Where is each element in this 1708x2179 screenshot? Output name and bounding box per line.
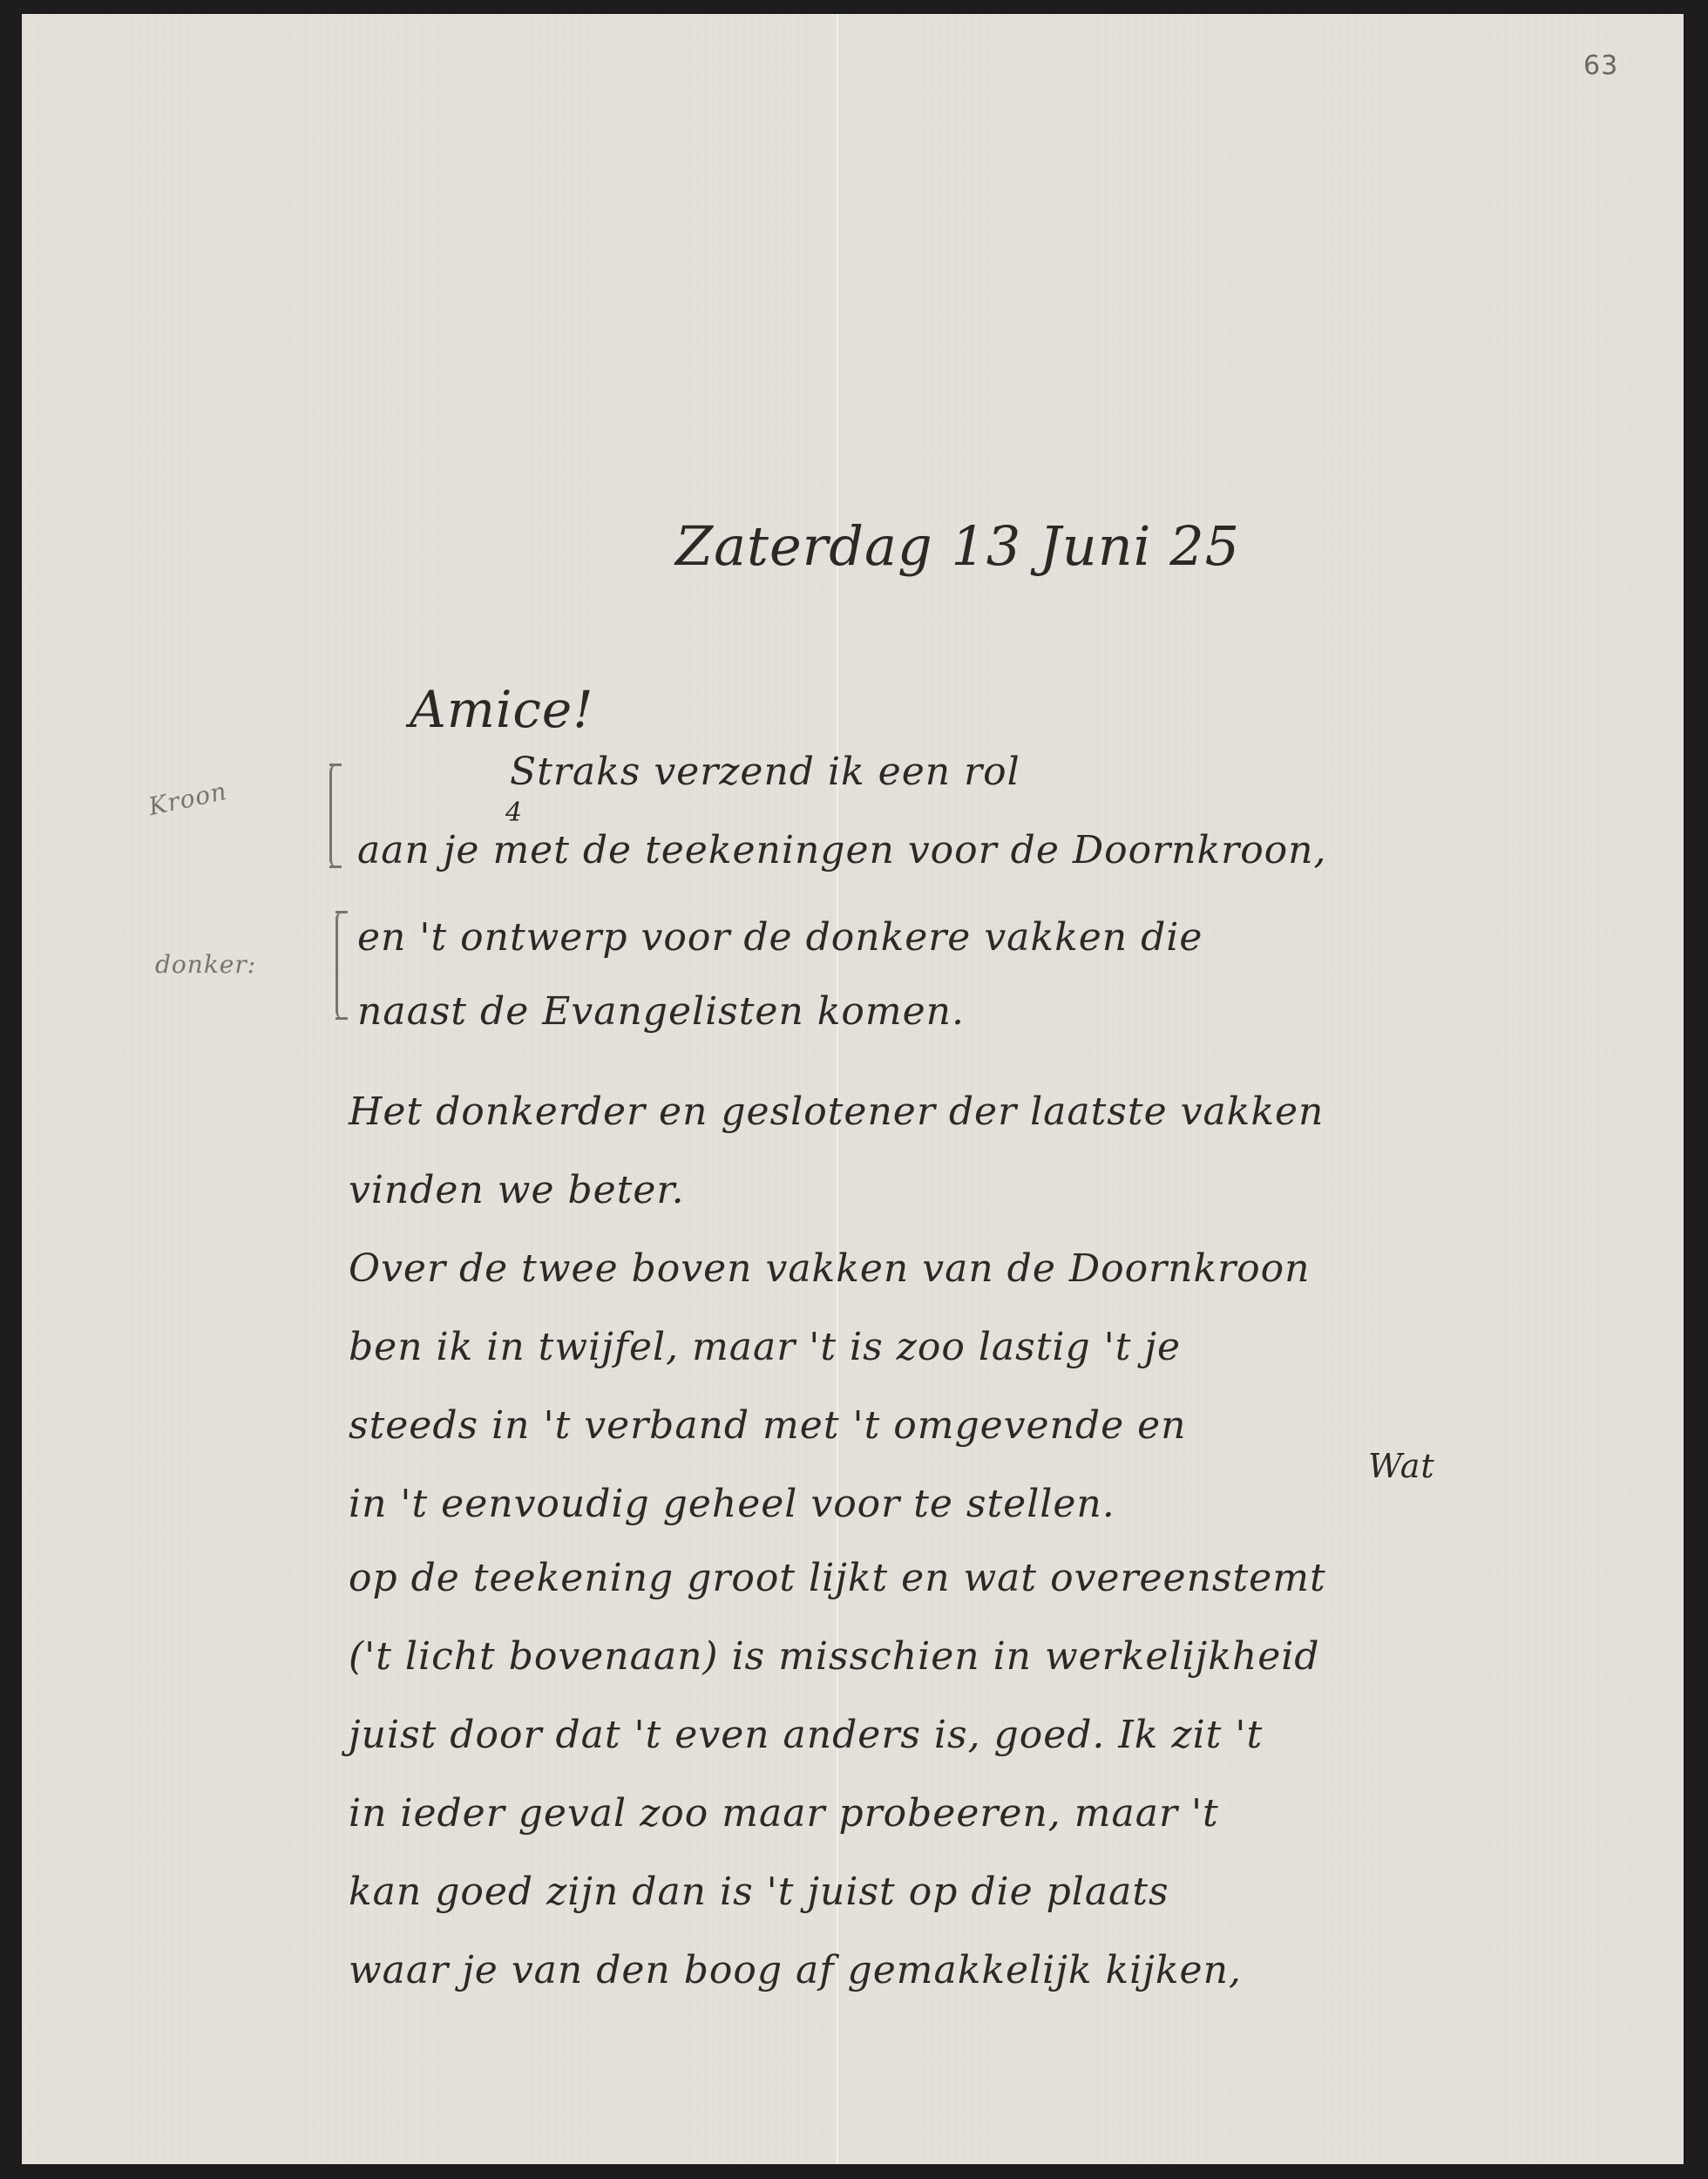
letter-line-16: waar je van den boog af gemakkelijk kijk… xyxy=(349,1948,1242,1992)
letter-date: Zaterdag 13 Juni 25 xyxy=(675,514,1240,578)
letter-line-4: naast de Evangelisten komen. xyxy=(357,989,965,1034)
letter-line-7: Over de twee boven vakken van de Doornkr… xyxy=(349,1246,1311,1291)
margin-brace-2 xyxy=(335,911,354,1020)
margin-note-donker: donker: xyxy=(155,950,256,979)
letter-line-14: in ieder geval zoo maar probeeren, maar … xyxy=(349,1791,1219,1836)
margin-brace-1 xyxy=(329,764,348,868)
letter-line-11: op de teekening groot lijkt en wat overe… xyxy=(349,1556,1326,1600)
letter-line-15: kan goed zijn dan is 't juist op die pla… xyxy=(349,1870,1169,1914)
inserted-word: Wat xyxy=(1368,1447,1435,1485)
letter-line-9: steeds in 't verband met 't omgevende en xyxy=(349,1403,1186,1448)
page-number: 63 xyxy=(1583,51,1618,81)
letter-line-2: aan je met de teekeningen voor de Doornk… xyxy=(357,828,1327,872)
letter-line-6: vinden we beter. xyxy=(349,1168,685,1212)
letter-line-1: Straks verzend ik een rol xyxy=(510,750,1020,794)
letter-line-3: en 't ontwerp voor de donkere vakken die xyxy=(357,915,1203,960)
letter-line-10: in 't eenvoudig geheel voor te stellen. xyxy=(349,1482,1115,1526)
letter-line-8: ben ik in twijfel, maar 't is zoo lastig… xyxy=(349,1325,1181,1369)
insertion-number-4: 4 xyxy=(505,798,522,828)
letter-line-5: Het donkerder en geslotener der laatste … xyxy=(349,1089,1324,1134)
letter-line-12: ('t licht bovenaan) is misschien in werk… xyxy=(349,1634,1319,1679)
salutation: Amice! xyxy=(410,680,594,739)
letter-line-13: juist door dat 't even anders is, goed. … xyxy=(349,1713,1263,1757)
